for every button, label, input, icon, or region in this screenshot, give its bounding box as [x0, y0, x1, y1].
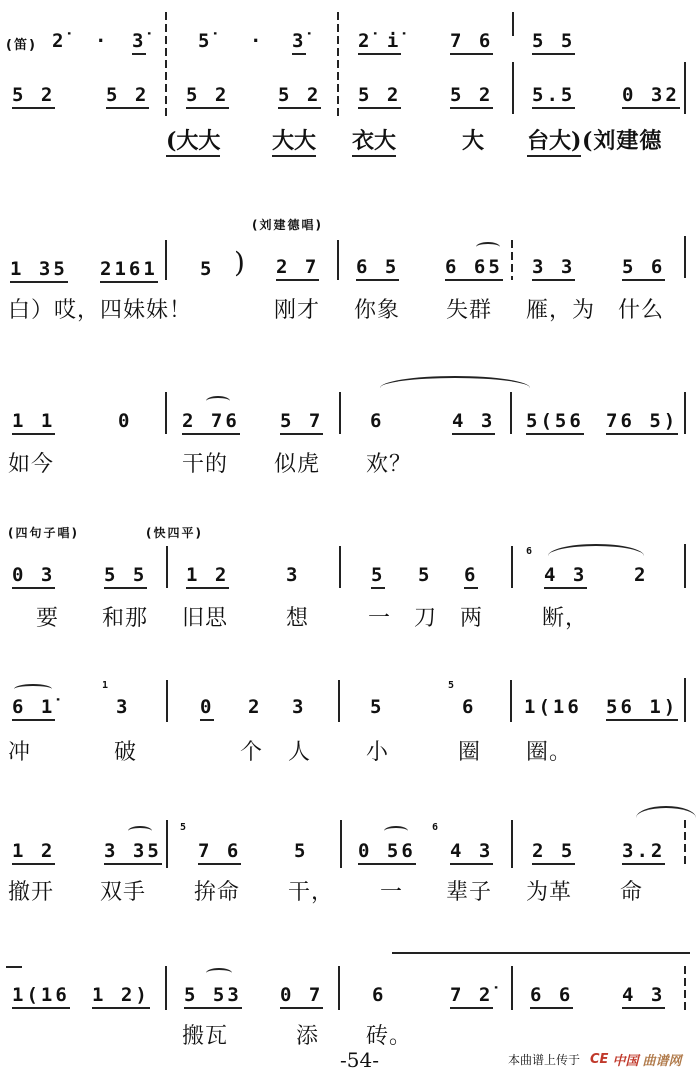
note: 5̇: [198, 30, 212, 52]
note-group: 4 3: [452, 410, 495, 435]
lyric: 命: [620, 880, 643, 906]
barline: [165, 966, 167, 1010]
lyric: 双手: [100, 880, 146, 906]
note-group: 5 7: [280, 410, 323, 435]
note-group: 4 3: [450, 840, 493, 865]
lyric: 似虎: [274, 452, 320, 478]
note-group: 4 3: [622, 984, 665, 1009]
note-group: 2 7: [276, 256, 319, 281]
note-group: 2̇ i̇: [358, 30, 401, 55]
note: 2: [634, 564, 648, 586]
note: 6: [462, 696, 476, 718]
lyric: 搬瓦: [182, 1024, 228, 1050]
grace-note: 6: [526, 546, 532, 557]
barline: [165, 392, 167, 434]
note-group: 0 32: [622, 84, 680, 109]
percussion: 大大: [272, 128, 316, 157]
slur: [128, 826, 152, 836]
tie-continuation: [6, 966, 22, 968]
barline: [684, 966, 686, 1010]
note-group: 5(56: [526, 410, 584, 435]
barline: [684, 392, 686, 434]
note: 3̇: [132, 30, 146, 55]
singer-annotation: (刘建德唱): [252, 216, 323, 233]
note-group: 0 7: [280, 984, 323, 1009]
note-group: 5 5: [104, 564, 147, 589]
note-group: 7 2̇: [450, 984, 493, 1009]
note-group: 3 3: [532, 256, 575, 281]
tune-annotation: (四句子唱): [8, 524, 79, 541]
slur: [476, 242, 500, 252]
lyric: 旧思: [182, 606, 228, 632]
upload-text: 本曲谱上传于: [508, 1051, 580, 1068]
note: 5: [200, 258, 214, 280]
note-group: 1 2: [12, 840, 55, 865]
lyric: 圈: [458, 740, 481, 766]
lyric: 一: [380, 880, 403, 906]
note-group: 5 5: [532, 30, 575, 55]
barline: [166, 820, 168, 868]
note-group: 1(16: [524, 696, 582, 718]
note-group: 7 6: [450, 30, 493, 55]
note-group: 5 2: [186, 84, 229, 109]
brand-name-b: 曲谱网: [642, 1050, 681, 1069]
barline: [165, 12, 167, 116]
note-group: 6 1̇: [12, 696, 55, 721]
note: 6: [372, 984, 386, 1006]
note: 6: [464, 564, 478, 589]
barline: [684, 544, 686, 588]
slur: [14, 684, 52, 694]
phrase-slur: [636, 806, 696, 818]
note: 2: [248, 696, 262, 718]
lyric: 一: [368, 606, 391, 632]
barline: [338, 966, 340, 1010]
lyric: 为革: [526, 880, 572, 906]
lyric: 添: [296, 1024, 319, 1050]
note: 0: [118, 410, 132, 432]
barline: [339, 392, 341, 434]
note-group: 4 3: [544, 564, 587, 589]
barline: [684, 678, 686, 722]
lyric: 拚命: [194, 880, 240, 906]
lyric: 砖。: [366, 1024, 412, 1050]
slur: [206, 396, 230, 406]
lyric: 刚才: [274, 298, 320, 324]
barline: [166, 546, 168, 588]
barline: [337, 12, 339, 116]
note-group: 1 2: [186, 564, 229, 589]
barline: [339, 546, 341, 588]
barline: [510, 392, 512, 434]
barline: [165, 240, 167, 280]
note-group: 3 35: [104, 840, 162, 865]
dot: ·: [95, 30, 109, 52]
note-group: 5 6: [622, 256, 665, 281]
note: 3̇: [292, 30, 306, 55]
barline: [510, 680, 512, 722]
barline: [512, 62, 514, 114]
lyric: 小: [366, 740, 389, 766]
note-group: 2 76: [182, 410, 240, 435]
grace-note: 6: [432, 822, 438, 833]
note-group: 1 2): [92, 984, 150, 1009]
note-group: 2 5: [532, 840, 575, 865]
dot: ·: [250, 30, 264, 52]
note-group: 5 2: [278, 84, 321, 109]
lyric: 断，: [542, 606, 588, 632]
barline: [511, 966, 513, 1010]
lyric: 干的: [182, 452, 228, 478]
note-group: 5.5: [532, 84, 575, 109]
lyric: 撤开: [8, 880, 54, 906]
close-paren: ): [234, 248, 245, 278]
percussion: 大: [462, 128, 484, 154]
spoken-intro: (刘建德: [582, 128, 662, 154]
note-group: 76 5): [606, 410, 678, 435]
note-group: 5 2: [358, 84, 401, 109]
note-group: 1 1: [12, 410, 55, 435]
barline: [684, 820, 686, 868]
lyric: 雁，为: [526, 298, 595, 324]
phrase-line: [392, 952, 690, 954]
note-group: 1 35: [10, 258, 68, 283]
note-group: 5 2: [12, 84, 55, 109]
lyric: 冲: [8, 740, 31, 766]
note: 5: [294, 840, 308, 862]
note-group: 6 6: [530, 984, 573, 1009]
lyric: 欢？: [366, 452, 412, 478]
brand-logo-icon: CE: [590, 1052, 608, 1067]
lyric: 圈。: [526, 740, 572, 766]
barline: [511, 820, 513, 868]
page-number: -54-: [340, 1048, 379, 1072]
note-group: 7 6: [198, 840, 241, 865]
lyric: 干，: [288, 880, 334, 906]
lyric: 白）哎，四妹妹！: [8, 298, 192, 324]
note: 0: [200, 696, 214, 721]
barline: [338, 680, 340, 722]
barline: [684, 236, 686, 278]
barline: [512, 12, 514, 36]
percussion: 衣大: [352, 128, 396, 157]
instrument-label: (笛): [6, 34, 37, 53]
lyric: 刀: [414, 606, 437, 632]
lyric: 辈子: [446, 880, 492, 906]
note-group: 1(16: [12, 984, 70, 1009]
watermark: 本曲谱上传于 CE 中国 曲谱网: [508, 1050, 681, 1069]
note-group: 5 2: [106, 84, 149, 109]
note: 3: [116, 696, 130, 718]
phrase-slur: [548, 544, 644, 556]
lyric: 想: [286, 606, 309, 632]
note-group: 2161: [100, 258, 158, 283]
lyric: 要: [36, 606, 59, 632]
note: 3: [292, 696, 306, 718]
barline: [511, 240, 513, 280]
lyric: 如今: [8, 452, 54, 478]
note-group: 5 53: [184, 984, 242, 1009]
tempo-annotation: (快四平): [146, 524, 203, 541]
note: 6: [370, 410, 384, 432]
lyric: 和那: [102, 606, 148, 632]
note: 3: [286, 564, 300, 586]
barline: [166, 680, 168, 722]
score-page: (笛) 2̇ · 3̇ 5̇ · 3̇ 2̇ i̇ 7 6 5 5 5 2 5 …: [0, 0, 700, 1072]
barline: [340, 820, 342, 868]
note-group: 0 3: [12, 564, 55, 589]
note: 5: [418, 564, 432, 586]
barline: [684, 62, 686, 114]
brand-name-a: 中国: [612, 1050, 638, 1069]
grace-note: 1: [102, 680, 108, 691]
lyric: 什么: [618, 298, 664, 324]
phrase-slur: [380, 376, 530, 388]
note-group: 0 56: [358, 840, 416, 865]
barline: [337, 240, 339, 280]
note-group: 6 5: [356, 256, 399, 281]
note-group: 56 1): [606, 696, 678, 721]
lyric: 个: [240, 740, 263, 766]
note: 5: [371, 564, 385, 589]
note: 5: [370, 696, 384, 718]
lyric: 你象: [354, 298, 400, 324]
slur: [384, 826, 408, 836]
lyric: 失群: [446, 298, 492, 324]
lyric: 两: [460, 606, 483, 632]
percussion: (大大: [166, 128, 220, 157]
note-group: 6 65: [445, 256, 503, 281]
grace-note: 5: [180, 822, 186, 833]
grace-note: 5: [448, 680, 454, 691]
slur: [206, 968, 232, 978]
lyric: 破: [114, 740, 137, 766]
note: 2̇: [52, 30, 66, 52]
percussion: 台大): [527, 128, 581, 157]
note-group: 3.2: [622, 840, 665, 865]
lyric: 人: [288, 740, 311, 766]
note-group: 5 2: [450, 84, 493, 109]
barline: [511, 546, 513, 588]
